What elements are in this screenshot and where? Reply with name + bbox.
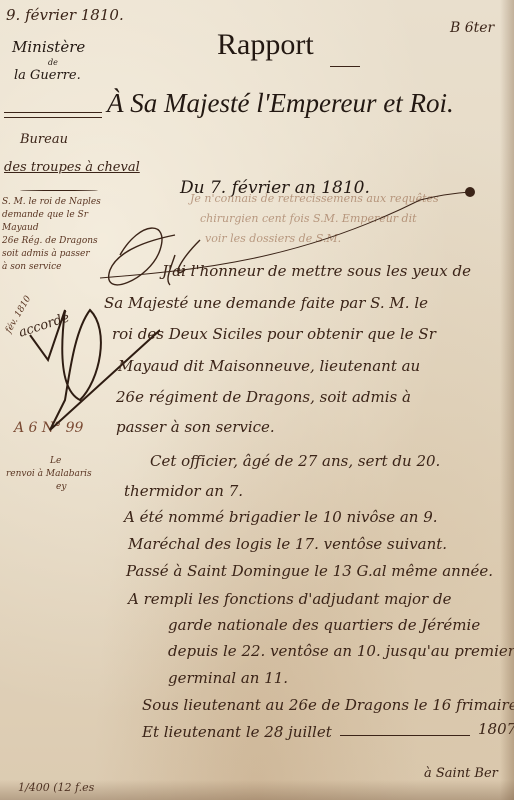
body-line: Mayaud dit Maisonneuve, lieutenant au	[118, 357, 420, 375]
body-line: Cet officier, âgé de 27 ans, sert du 20.	[150, 452, 440, 470]
body-line: Sous lieutenant au 26e de Dragons le 16 …	[142, 696, 514, 714]
body-line: Sa Majesté une demande faite par S. M. l…	[104, 294, 428, 312]
renvoi-note: Le renvoi à Malabaris ey	[6, 455, 92, 494]
body-line: garde nationale des quartiers de Jérémie	[168, 616, 480, 634]
double-rule	[4, 112, 102, 118]
body-line: Passé à Saint Domingue le 13 G.al même a…	[126, 562, 493, 580]
document-title: Rapport	[217, 28, 314, 62]
ministry-line3: la Guerre.	[14, 69, 85, 82]
body-line: Maréchal des logis le 17. ventôse suivan…	[128, 535, 447, 553]
body-line: Et lieutenant le 28 juillet	[142, 723, 332, 741]
body-line: germinal an 11.	[168, 669, 288, 687]
bureau-label: Bureau	[20, 132, 68, 147]
fill-rule	[340, 735, 470, 736]
ministry-heading: Ministère de la Guerre.	[12, 40, 85, 82]
body-line: A été nommé brigadier le 10 nivôse an 9.	[124, 508, 438, 526]
body-line: 26e régiment de Dragons, soit admis à	[116, 388, 411, 406]
addressee: À Sa Majesté l'Empereur et Roi.	[107, 88, 454, 119]
page-edge-shadow	[0, 780, 514, 800]
body-line: J'ai l'honneur de mettre sous les yeux d…	[162, 262, 471, 280]
body-line: thermidor an 7.	[124, 482, 243, 500]
body-line: passer à son service.	[116, 418, 275, 436]
ministry-line2: de	[48, 59, 85, 67]
reference-code: B 6ter	[450, 20, 494, 36]
renvoi-line: ey	[56, 481, 92, 494]
body-line: roi des Deux Siciles pour obtenir que le…	[112, 325, 436, 343]
page-edge-shadow	[500, 0, 514, 800]
renvoi-line: Le	[50, 455, 92, 468]
body-line: A rempli les fonctions d'adjudant major …	[128, 590, 451, 608]
renvoi-line: renvoi à Malabaris	[6, 468, 92, 481]
body-line: depuis le 22. ventôse an 10. jusqu'au pr…	[168, 642, 514, 660]
ministry-line1: Ministère	[12, 38, 85, 56]
body-line: à Saint Ber	[424, 766, 498, 781]
title-underline	[330, 66, 360, 67]
top-date: 9. février 1810.	[6, 6, 124, 24]
